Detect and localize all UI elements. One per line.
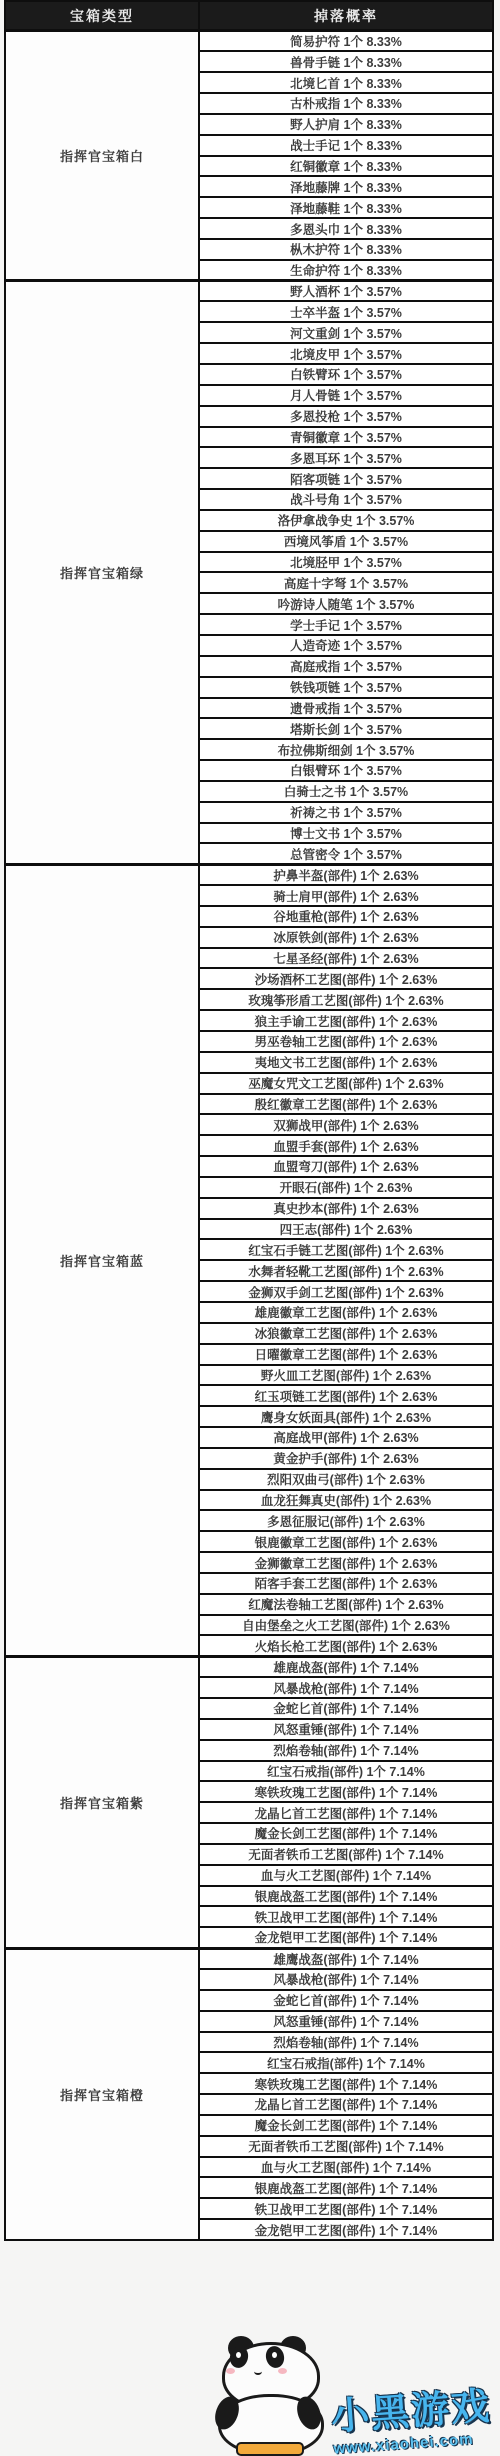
drop-rate-cell: 龙晶匕首工艺图(部件) 1个 7.14% xyxy=(199,2094,493,2115)
drop-rate-cell: 冰狼徽章工艺图(部件) 1个 2.63% xyxy=(199,1323,493,1344)
drop-rate-cell: 战斗号角 1个 3.57% xyxy=(199,489,493,510)
watermark: 小黑游戏 www.xiaohei.com xyxy=(214,2328,494,2456)
drop-rate-cell: 学士手记 1个 3.57% xyxy=(199,614,493,635)
column-header-chest-type: 宝箱类型 xyxy=(5,1,199,31)
drop-rate-cell: 风怒重锤(部件) 1个 7.14% xyxy=(199,2011,493,2032)
drop-rate-cell: 银鹿战盔工艺图(部件) 1个 7.14% xyxy=(199,2177,493,2198)
drop-rate-cell: 吟游诗人随笔 1个 3.57% xyxy=(199,593,493,614)
drop-rate-cell: 博士文书 1个 3.57% xyxy=(199,823,493,844)
drop-rate-cell: 泽地藤牌 1个 8.33% xyxy=(199,176,493,197)
drop-rate-cell: 祈祷之书 1个 3.57% xyxy=(199,802,493,823)
loot-table: 宝箱类型 掉落概率 指挥官宝箱白简易护符 1个 8.33%兽骨手链 1个 8.3… xyxy=(4,0,494,2241)
drop-rate-cell: 金龙铠甲工艺图(部件) 1个 7.14% xyxy=(199,2219,493,2240)
drop-rate-cell: 水舞者轻靴工艺图(部件) 1个 2.63% xyxy=(199,1260,493,1281)
drop-rate-cell: 血盟手套(部件) 1个 2.63% xyxy=(199,1135,493,1156)
drop-rate-cell: 陌客手套工艺图(部件) 1个 2.63% xyxy=(199,1573,493,1594)
drop-rate-cell: 风暴战枪(部件) 1个 7.14% xyxy=(199,1969,493,1990)
loot-row: 指挥官宝箱白简易护符 1个 8.33% xyxy=(5,31,493,52)
drop-rate-cell: 烈焰卷轴(部件) 1个 7.14% xyxy=(199,1740,493,1761)
drop-rate-cell: 白骑士之书 1个 3.57% xyxy=(199,781,493,802)
drop-rate-cell: 血龙狂舞真史(部件) 1个 2.63% xyxy=(199,1490,493,1511)
drop-rate-cell: 黄金护手(部件) 1个 2.63% xyxy=(199,1448,493,1469)
drop-rate-cell: 血与火工艺图(部件) 1个 7.14% xyxy=(199,2157,493,2178)
drop-rate-cell: 魔金长剑工艺图(部件) 1个 7.14% xyxy=(199,2115,493,2136)
drop-rate-cell: 野火皿工艺图(部件) 1个 2.63% xyxy=(199,1365,493,1386)
drop-rate-cell: 铁卫战甲工艺图(部件) 1个 7.14% xyxy=(199,1906,493,1927)
drop-rate-cell: 四王志(部件) 1个 2.63% xyxy=(199,1219,493,1240)
drop-rate-cell: 玫瑰筝形盾工艺图(部件) 1个 2.63% xyxy=(199,989,493,1010)
drop-rate-cell: 红铜徽章 1个 8.33% xyxy=(199,156,493,177)
drop-rate-cell: 野人酒杯 1个 3.57% xyxy=(199,281,493,302)
drop-rate-cell: 风暴战枪(部件) 1个 7.14% xyxy=(199,1677,493,1698)
loot-row: 指挥官宝箱橙雄鹰战盔(部件) 1个 7.14% xyxy=(5,1948,493,1969)
drop-rate-cell: 红宝石戒指(部件) 1个 7.14% xyxy=(199,1761,493,1782)
panda-mascot-icon xyxy=(214,2330,332,2456)
drop-rate-cell: 开眼石(部件) 1个 2.63% xyxy=(199,1177,493,1198)
drop-rate-cell: 高庭战甲(部件) 1个 2.63% xyxy=(199,1427,493,1448)
watermark-site-url: www.xiaohei.com xyxy=(333,2429,496,2456)
drop-rate-cell: 高庭十字弩 1个 3.57% xyxy=(199,572,493,593)
drop-rate-cell: 巫魔女咒文工艺图(部件) 1个 2.63% xyxy=(199,1073,493,1094)
drop-rate-cell: 铁钱项链 1个 3.57% xyxy=(199,677,493,698)
drop-rate-cell: 战士手记 1个 8.33% xyxy=(199,135,493,156)
drop-rate-cell: 白铁臂环 1个 3.57% xyxy=(199,364,493,385)
drop-rate-cell: 血与火工艺图(部件) 1个 7.14% xyxy=(199,1865,493,1886)
drop-rate-cell: 高庭戒指 1个 3.57% xyxy=(199,656,493,677)
drop-rate-cell: 狼主手谕工艺图(部件) 1个 2.63% xyxy=(199,1010,493,1031)
chest-type-cell: 指挥官宝箱橙 xyxy=(5,1948,199,2240)
drop-rate-cell: 金狮徽章工艺图(部件) 1个 2.63% xyxy=(199,1552,493,1573)
drop-rate-cell: 布拉佛斯细剑 1个 3.57% xyxy=(199,739,493,760)
drop-rate-cell: 雄鹿徽章工艺图(部件) 1个 2.63% xyxy=(199,1302,493,1323)
loot-table-body: 指挥官宝箱白简易护符 1个 8.33%兽骨手链 1个 8.33%北境匕首 1个 … xyxy=(5,31,493,2240)
chest-type-cell: 指挥官宝箱紫 xyxy=(5,1656,199,1948)
drop-rate-cell: 野人护肩 1个 8.33% xyxy=(199,114,493,135)
drop-rate-cell: 遗骨戒指 1个 3.57% xyxy=(199,698,493,719)
drop-rate-cell: 多恩耳环 1个 3.57% xyxy=(199,447,493,468)
drop-rate-cell: 银鹿徽章工艺图(部件) 1个 2.63% xyxy=(199,1531,493,1552)
drop-rate-cell: 北境胫甲 1个 3.57% xyxy=(199,552,493,573)
drop-rate-cell: 双狮战甲(部件) 1个 2.63% xyxy=(199,1114,493,1135)
drop-rate-cell: 多恩头巾 1个 8.33% xyxy=(199,218,493,239)
drop-rate-cell: 河文重剑 1个 3.57% xyxy=(199,322,493,343)
drop-rate-cell: 殷红徽章工艺图(部件) 1个 2.63% xyxy=(199,1094,493,1115)
drop-rate-cell: 西境风筝盾 1个 3.57% xyxy=(199,531,493,552)
drop-rate-cell: 寒铁玫瑰工艺图(部件) 1个 7.14% xyxy=(199,2073,493,2094)
drop-rate-cell: 男巫卷轴工艺图(部件) 1个 2.63% xyxy=(199,1031,493,1052)
loot-row: 指挥官宝箱紫雄鹿战盔(部件) 1个 7.14% xyxy=(5,1656,493,1677)
drop-rate-cell: 士卒半盔 1个 3.57% xyxy=(199,301,493,322)
chest-type-cell: 指挥官宝箱白 xyxy=(5,31,199,281)
drop-rate-cell: 金龙铠甲工艺图(部件) 1个 7.14% xyxy=(199,1927,493,1948)
chest-type-cell: 指挥官宝箱绿 xyxy=(5,281,199,865)
drop-rate-cell: 金蛇匕首(部件) 1个 7.14% xyxy=(199,1698,493,1719)
drop-rate-cell: 红宝石戒指(部件) 1个 7.14% xyxy=(199,2052,493,2073)
drop-rate-cell: 金蛇匕首(部件) 1个 7.14% xyxy=(199,1990,493,2011)
drop-rate-cell: 白银臂环 1个 3.57% xyxy=(199,760,493,781)
drop-rate-cell: 泽地藤鞋 1个 8.33% xyxy=(199,197,493,218)
drop-rate-cell: 兽骨手链 1个 8.33% xyxy=(199,51,493,72)
drop-rate-cell: 烈阳双曲弓(部件) 1个 2.63% xyxy=(199,1469,493,1490)
drop-rate-cell: 真史抄本(部件) 1个 2.63% xyxy=(199,1198,493,1219)
drop-rate-cell: 鹰身女妖面具(部件) 1个 2.63% xyxy=(199,1406,493,1427)
drop-rate-cell: 寒铁玫瑰工艺图(部件) 1个 7.14% xyxy=(199,1781,493,1802)
drop-rate-cell: 日曜徽章工艺图(部件) 1个 2.63% xyxy=(199,1344,493,1365)
drop-rate-cell: 魔金长剑工艺图(部件) 1个 7.14% xyxy=(199,1823,493,1844)
drop-rate-cell: 塔斯长剑 1个 3.57% xyxy=(199,718,493,739)
drop-rate-cell: 多恩征服记(部件) 1个 2.63% xyxy=(199,1510,493,1531)
drop-rate-cell: 谷地重枪(部件) 1个 2.63% xyxy=(199,906,493,927)
drop-rate-cell: 北境匕首 1个 8.33% xyxy=(199,72,493,93)
loot-row: 指挥官宝箱蓝护鼻半盔(部件) 1个 2.63% xyxy=(5,864,493,885)
drop-rate-cell: 冰原铁剑(部件) 1个 2.63% xyxy=(199,927,493,948)
drop-rate-cell: 铁卫战甲工艺图(部件) 1个 7.14% xyxy=(199,2198,493,2219)
drop-rate-cell: 月人骨链 1个 3.57% xyxy=(199,385,493,406)
drop-rate-cell: 北境皮甲 1个 3.57% xyxy=(199,343,493,364)
drop-rate-cell: 夷地文书工艺图(部件) 1个 2.63% xyxy=(199,1052,493,1073)
drop-rate-cell: 雄鹿战盔(部件) 1个 7.14% xyxy=(199,1656,493,1677)
drop-rate-cell: 古朴戒指 1个 8.33% xyxy=(199,93,493,114)
chest-type-cell: 指挥官宝箱蓝 xyxy=(5,864,199,1656)
column-header-drop-rate: 掉落概率 xyxy=(199,1,493,31)
drop-rate-cell: 自由堡垒之火工艺图(部件) 1个 2.63% xyxy=(199,1615,493,1636)
table-header-row: 宝箱类型 掉落概率 xyxy=(5,1,493,31)
drop-rate-cell: 风怒重锤(部件) 1个 7.14% xyxy=(199,1719,493,1740)
drop-rate-cell: 七星圣经(部件) 1个 2.63% xyxy=(199,948,493,969)
drop-rate-cell: 龙晶匕首工艺图(部件) 1个 7.14% xyxy=(199,1802,493,1823)
page-root: 宝箱类型 掉落概率 指挥官宝箱白简易护符 1个 8.33%兽骨手链 1个 8.3… xyxy=(0,0,500,2456)
drop-rate-cell: 简易护符 1个 8.33% xyxy=(199,31,493,52)
drop-rate-cell: 多恩投枪 1个 3.57% xyxy=(199,406,493,427)
drop-rate-cell: 烈焰卷轴(部件) 1个 7.14% xyxy=(199,2032,493,2053)
drop-rate-cell: 人造奇迹 1个 3.57% xyxy=(199,635,493,656)
drop-rate-cell: 红宝石手链工艺图(部件) 1个 2.63% xyxy=(199,1239,493,1260)
drop-rate-cell: 红玉项链工艺图(部件) 1个 2.63% xyxy=(199,1385,493,1406)
drop-rate-cell: 陌客项链 1个 3.57% xyxy=(199,468,493,489)
drop-rate-cell: 青铜徽章 1个 3.57% xyxy=(199,427,493,448)
drop-rate-cell: 雄鹰战盔(部件) 1个 7.14% xyxy=(199,1948,493,1969)
drop-rate-cell: 血盟弯刀(部件) 1个 2.63% xyxy=(199,1156,493,1177)
drop-rate-cell: 枞木护符 1个 8.33% xyxy=(199,239,493,260)
drop-rate-cell: 红魔法卷轴工艺图(部件) 1个 2.63% xyxy=(199,1594,493,1615)
drop-rate-cell: 护鼻半盔(部件) 1个 2.63% xyxy=(199,864,493,885)
drop-rate-cell: 总管密令 1个 3.57% xyxy=(199,843,493,864)
drop-rate-cell: 骑士肩甲(部件) 1个 2.63% xyxy=(199,885,493,906)
drop-rate-cell: 生命护符 1个 8.33% xyxy=(199,260,493,281)
drop-rate-cell: 无面者铁币工艺图(部件) 1个 7.14% xyxy=(199,2136,493,2157)
loot-row: 指挥官宝箱绿野人酒杯 1个 3.57% xyxy=(5,281,493,302)
drop-rate-cell: 金狮双手剑工艺图(部件) 1个 2.63% xyxy=(199,1281,493,1302)
watermark-logo: 小黑游戏 www.xiaohei.com xyxy=(330,2387,496,2456)
drop-rate-cell: 无面者铁币工艺图(部件) 1个 7.14% xyxy=(199,1844,493,1865)
drop-rate-cell: 银鹿战盔工艺图(部件) 1个 7.14% xyxy=(199,1886,493,1907)
drop-rate-cell: 火焰长枪工艺图(部件) 1个 2.63% xyxy=(199,1635,493,1656)
watermark-site-name: 小黑游戏 xyxy=(330,2387,494,2436)
drop-rate-cell: 沙场酒杯工艺图(部件) 1个 2.63% xyxy=(199,968,493,989)
drop-rate-cell: 洛伊拿战争史 1个 3.57% xyxy=(199,510,493,531)
